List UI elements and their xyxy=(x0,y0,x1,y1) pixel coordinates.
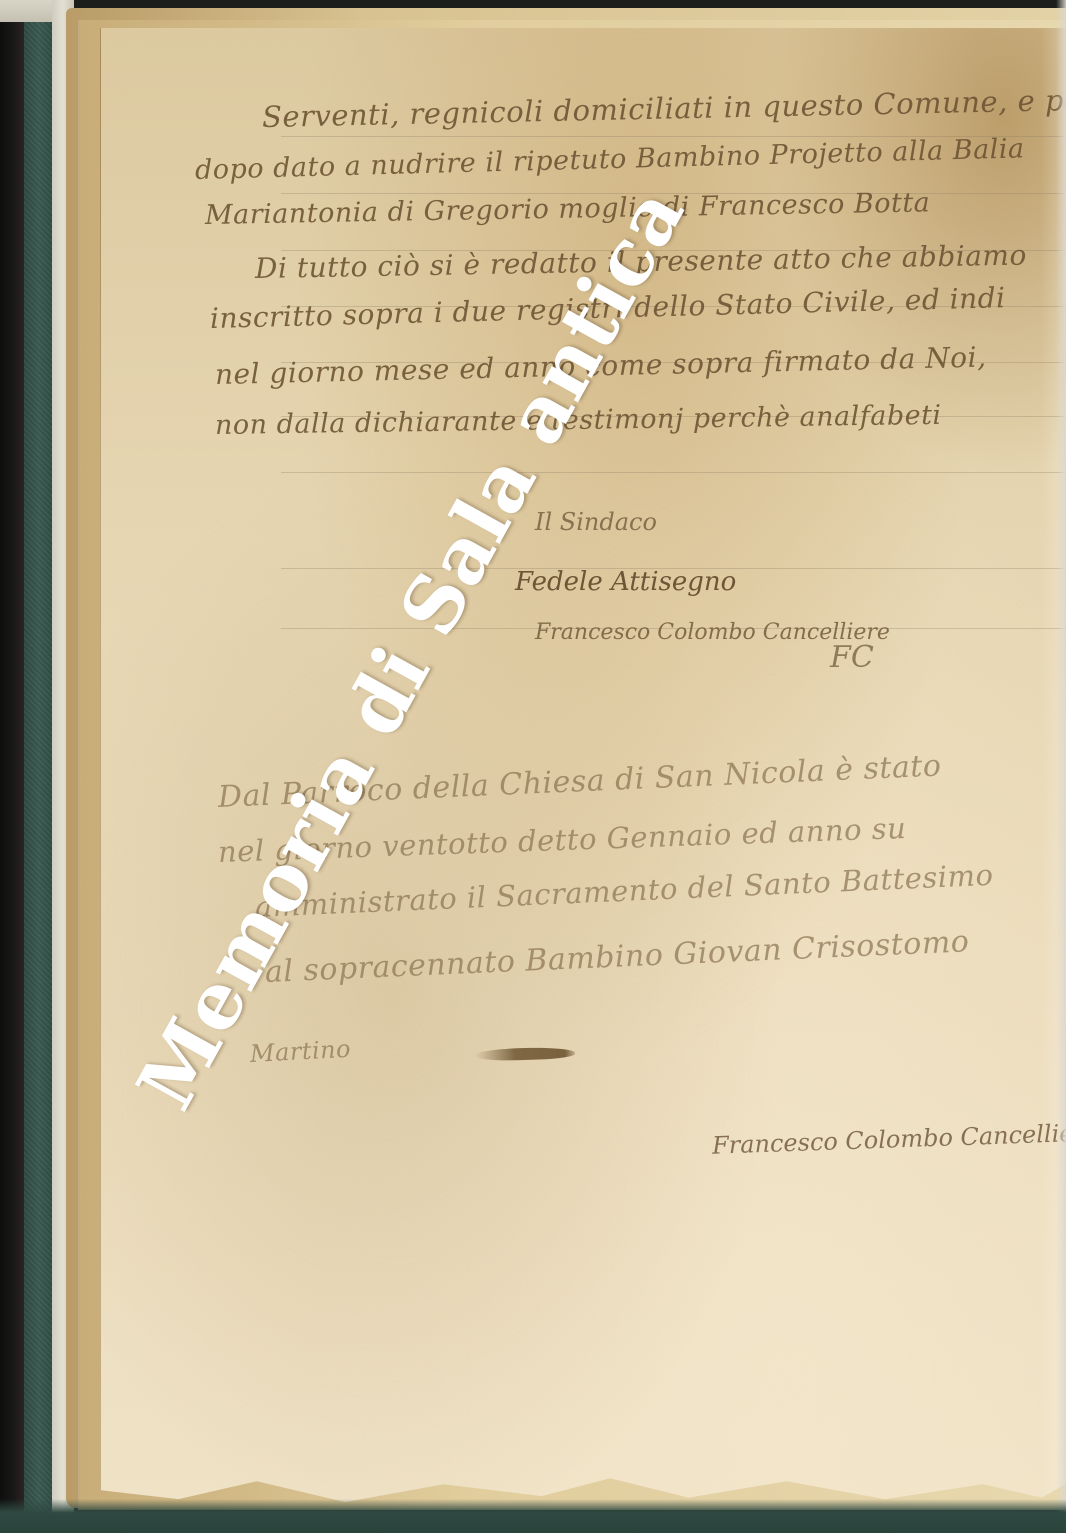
ruled-line xyxy=(281,472,1066,473)
scanned-document: Serventi, regnicoli domiciliati in quest… xyxy=(0,0,1066,1533)
initials-mark: FC xyxy=(830,640,874,675)
signature-title: Il Sindaco xyxy=(535,508,657,536)
scanner-background-bottom xyxy=(0,1499,1066,1533)
scanner-background xyxy=(0,0,24,1533)
signature-mayor: Fedele Attisegno xyxy=(515,567,736,597)
book-binding xyxy=(24,20,54,1533)
manuscript-line: Martino xyxy=(249,1035,351,1068)
